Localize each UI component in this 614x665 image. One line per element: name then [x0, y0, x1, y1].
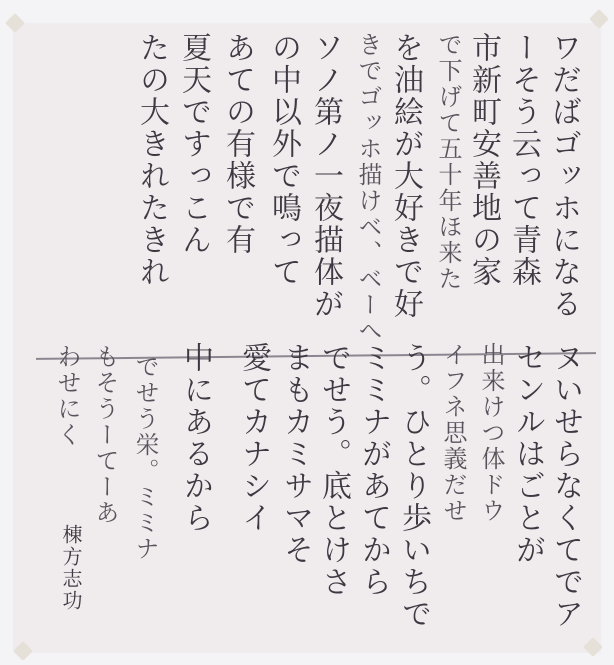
upper-column-10: 夏天ですっこん [174, 32, 212, 256]
shikishi-paper: ワだばゴッホになる ーそう云って青森 市新町安善地の家 で下げて五十年ほ来た を… [14, 24, 600, 652]
upper-column-8: の中以外で鳴って [264, 32, 302, 288]
artist-signature: 棟方志功 [52, 524, 90, 612]
lower-column-3: 出来けつ体ドウ [472, 342, 510, 524]
upper-column-6: きでゴッホ描けベ、ベーへ [349, 32, 387, 344]
upper-column-5: を油絵が大好きで好 [386, 32, 424, 320]
upper-column-9: あての有様で有 [218, 32, 256, 256]
lower-column-13: わせにく [48, 344, 86, 448]
lower-column-12: もそうーてーあ [86, 344, 124, 526]
upper-column-1: ワだばゴッホになる [544, 32, 582, 320]
lower-column-4: イフネ思義だせ [434, 342, 472, 524]
lower-column-2: センルはごとが [508, 342, 546, 566]
lower-column-9: 愛てカナシイ [234, 342, 272, 534]
upper-column-2: ーそう云って青森 [504, 32, 542, 288]
upper-column-7: ソノ第ノ一夜描体が [306, 32, 344, 320]
upper-column-3: 市新町安善地の家 [464, 32, 502, 288]
upper-column-11: たの大きれたきれ [132, 32, 170, 288]
lower-column-7: でせう。底とけさ [314, 342, 352, 598]
lower-column-1: ヌいせらなくてでア [546, 342, 584, 630]
lower-column-11: でせう栄。ミミナ [126, 354, 164, 562]
lower-column-8: まもカミサマそ [276, 342, 314, 566]
upper-column-4: で下げて五十年ほ来た [429, 32, 467, 292]
lower-column-10: 中にあるから [176, 342, 214, 534]
lower-column-6: ミミナがあてから [354, 342, 392, 598]
lower-column-5: う。ひとり歩いちで [394, 342, 432, 630]
